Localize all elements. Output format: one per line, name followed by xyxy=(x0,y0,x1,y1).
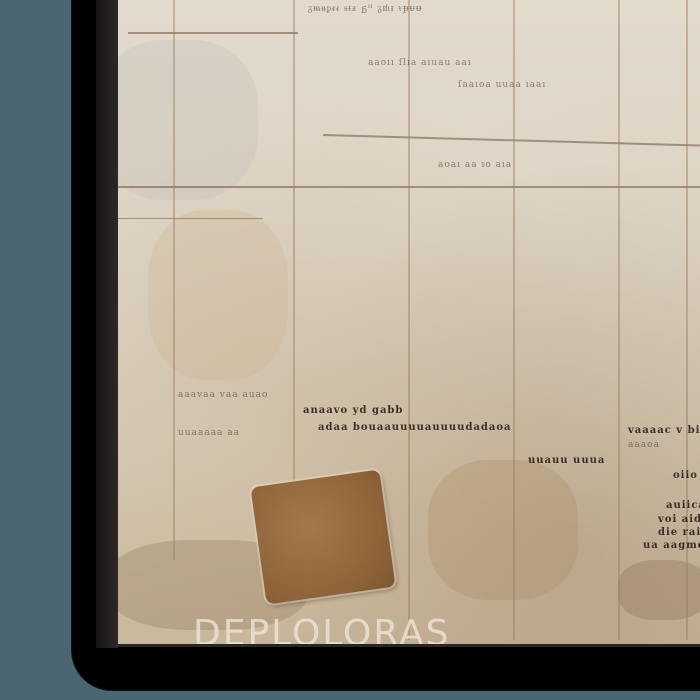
crease-line xyxy=(128,32,298,34)
faded-text: uuaaaaa aa xyxy=(178,428,240,439)
crease-line xyxy=(323,134,700,147)
artwork-text: die raidv xyxy=(658,527,700,538)
faded-text: aaoıı ſlıa aıuau aaı xyxy=(368,58,472,69)
artwork-text: adaa bouaauuuuauuuudadaoa xyxy=(318,422,512,433)
paper-stain xyxy=(148,210,288,380)
artwork-text: oiio xyxy=(673,470,698,481)
artwork-text: ua aagmdd xyxy=(643,540,700,551)
fold-line xyxy=(173,0,175,560)
faded-text: uuauu uuua xyxy=(528,455,605,466)
faded-text: aaavaa vaa auao xyxy=(178,390,268,401)
artwork-text: voi aida xyxy=(658,514,700,525)
fold-line xyxy=(293,0,295,500)
paper-stain xyxy=(618,560,700,620)
paper-stain xyxy=(428,460,578,600)
artwork-text: aaaoa xyxy=(628,440,660,451)
brown-paper-patch xyxy=(250,470,395,605)
artwork-text: anaavo yd gabb xyxy=(303,405,403,416)
crease-line xyxy=(118,218,263,219)
fold-line xyxy=(513,0,515,640)
bottom-lettering: DEPLOLORAS xyxy=(193,616,450,644)
frame-left-edge xyxy=(96,0,118,648)
fold-line xyxy=(408,0,410,640)
faded-text: ſaaıoa uuaa ıaaı xyxy=(458,80,546,91)
faded-text: ᵹᵯᵰᵱᵲᵳ ᵴᵵᵶ ᵷᵸ ᵹᵺᵻ ᵼᵽᵾᵿ xyxy=(308,4,423,15)
paper-stain xyxy=(118,40,258,200)
faded-text: aoaı aa ıo aıa xyxy=(438,160,512,171)
artwork-text: vaaaac v bisti xyxy=(628,425,700,436)
fold-line xyxy=(618,0,620,640)
artwork-canvas: ᵹᵯᵰᵱᵲᵳ ᵴᵵᵶ ᵷᵸ ᵹᵺᵻ ᵼᵽᵾᵿ aaoıı ſlıa aıuau … xyxy=(118,0,700,644)
artwork-text: auiica xyxy=(666,500,700,511)
